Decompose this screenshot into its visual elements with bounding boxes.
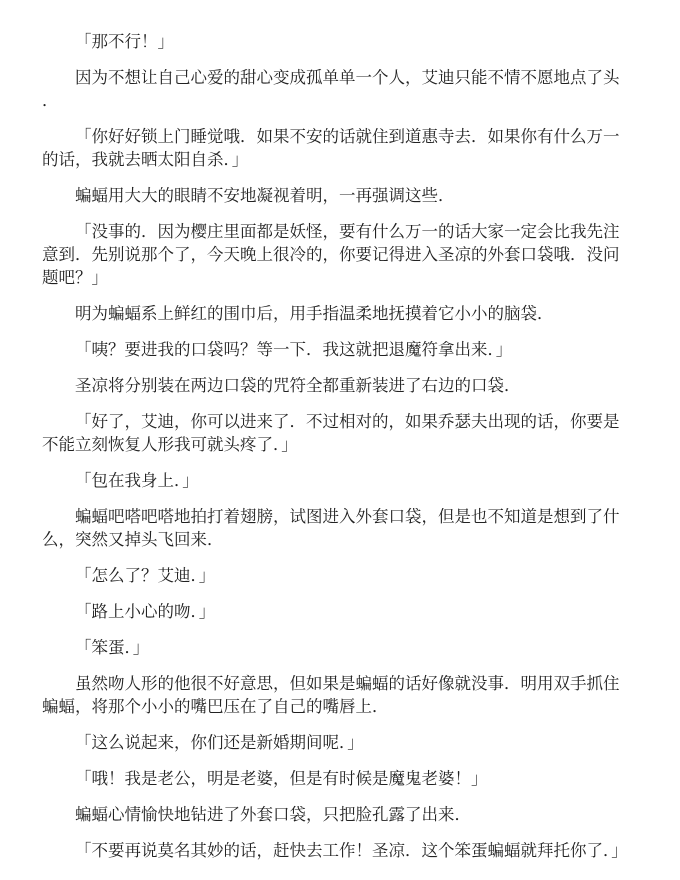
paragraph: 「那不行！」 — [42, 30, 628, 53]
paragraph: 圣凉将分别装在两边口袋的咒符全都重新装进了右边的口袋． — [42, 374, 628, 397]
paragraph: 因为不想让自己心爱的甜心变成孤单单一个人，艾迪只能不情不愿地点了头． — [42, 66, 628, 112]
paragraph: 「包在我身上．」 — [42, 469, 628, 492]
paragraph: 「路上小心的吻．」 — [42, 600, 628, 623]
paragraph: 蝙蝠吧嗒吧嗒地拍打着翅膀，试图进入外套口袋，但是也不知道是想到了什么，突然又掉头… — [42, 505, 628, 551]
paragraph: 蝙蝠用大大的眼睛不安地凝视着明，一再强调这些． — [42, 184, 628, 207]
paragraph: 明为蝙蝠系上鲜红的围巾后，用手指温柔地抚摸着它小小的脑袋． — [42, 302, 628, 325]
paragraph: 「咦？要进我的口袋吗？等一下．我这就把退魔符拿出来．」 — [42, 338, 628, 361]
paragraph: 「没事的．因为樱庄里面都是妖怪，要有什么万一的话大家一定会比我先注意到．先别说那… — [42, 220, 628, 289]
paragraph: 「不要再说莫名其妙的话，赶快去工作！圣凉．这个笨蛋蝙蝠就拜托你了．」 — [42, 839, 628, 862]
paragraph: 「这么说起来，你们还是新婚期间呢．」 — [42, 731, 628, 754]
paragraph: 「好了，艾迪，你可以进来了．不过相对的，如果乔瑟夫出现的话，你要是不能立刻恢复人… — [42, 410, 628, 456]
paragraph: 蝙蝠心情愉快地钻进了外套口袋，只把脸孔露了出来． — [42, 803, 628, 826]
paragraph: 「怎么了？艾迪．」 — [42, 564, 628, 587]
paragraph: 虽然吻人形的他很不好意思，但如果是蝙蝠的话好像就没事．明用双手抓住蝙蝠，将那个小… — [42, 672, 628, 718]
document-page: 「那不行！」 因为不想让自己心爱的甜心变成孤单单一个人，艾迪只能不情不愿地点了头… — [42, 30, 628, 875]
paragraph: 「笨蛋．」 — [42, 636, 628, 659]
paragraph: 「哦！我是老公，明是老婆，但是有时候是魔鬼老婆！」 — [42, 767, 628, 790]
paragraph: 「你好好锁上门睡觉哦．如果不安的话就住到道惠寺去．如果你有什么万一的话，我就去晒… — [42, 125, 628, 171]
